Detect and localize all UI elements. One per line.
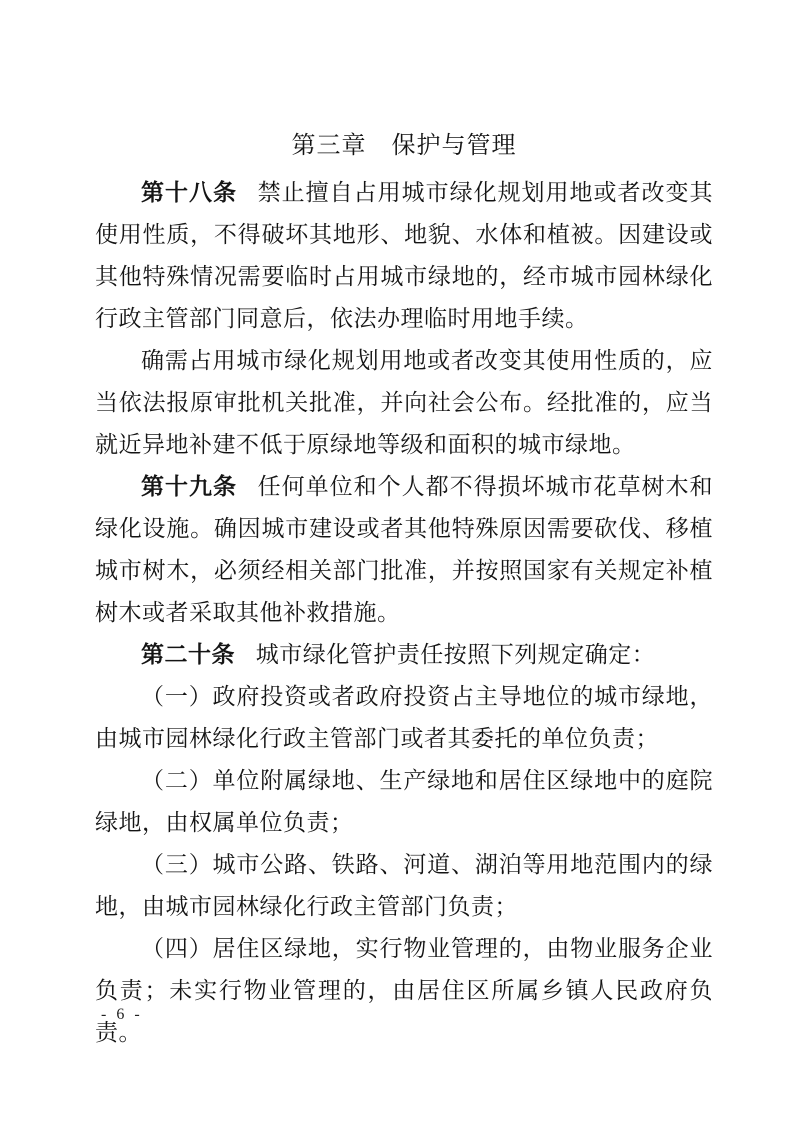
paragraph-item-1: （一）政府投资或者政府投资占主导地位的城市绿地，由城市园林绿化行政主管部门或者其… — [95, 675, 713, 759]
paragraph: 确需占用城市绿化规划用地或者改变其使用性质的，应当依法报原审批机关批准，并向社会… — [95, 339, 713, 465]
paragraph-article-20: 第二十条城市绿化管护责任按照下列规定确定： — [95, 633, 713, 675]
paragraph-text: （一）政府投资或者政府投资占主导地位的城市绿地，由城市园林绿化行政主管部门或者其… — [95, 683, 713, 751]
article-number: 第二十条 — [141, 641, 235, 667]
paragraph-text: （三）城市公路、铁路、河道、湖泊等用地范围内的绿地，由城市园林绿化行政主管部门负… — [95, 851, 713, 919]
page-number: - 6 - — [101, 1006, 143, 1024]
paragraph-article-18: 第十八条禁止擅自占用城市绿化规划用地或者改变其使用性质，不得破坏其地形、地貌、水… — [95, 171, 713, 339]
paragraph-item-3: （三）城市公路、铁路、河道、湖泊等用地范围内的绿地，由城市园林绿化行政主管部门负… — [95, 843, 713, 927]
document-content: 第三章 保护与管理 第十八条禁止擅自占用城市绿化规划用地或者改变其使用性质，不得… — [95, 124, 713, 1053]
document-page: 第三章 保护与管理 第十八条禁止擅自占用城市绿化规划用地或者改变其使用性质，不得… — [0, 0, 793, 1122]
chapter-heading: 第三章 保护与管理 — [95, 124, 713, 168]
article-number: 第十八条 — [141, 179, 237, 205]
paragraph-text: 城市绿化管护责任按照下列规定确定： — [256, 641, 656, 667]
paragraph-text: 确需占用城市绿化规划用地或者改变其使用性质的，应当依法报原审批机关批准，并向社会… — [95, 347, 713, 457]
paragraph-item-4: （四）居住区绿地，实行物业管理的，由物业服务企业负责；未实行物业管理的，由居住区… — [95, 927, 713, 1053]
paragraph-item-2: （二）单位附属绿地、生产绿地和居住区绿地中的庭院绿地，由权属单位负责； — [95, 759, 713, 843]
paragraph-article-19: 第十九条任何单位和个人都不得损坏城市花草树木和绿化设施。确因城市建设或者其他特殊… — [95, 465, 713, 633]
paragraph-text: （二）单位附属绿地、生产绿地和居住区绿地中的庭院绿地，由权属单位负责； — [95, 767, 713, 835]
article-number: 第十九条 — [141, 473, 237, 499]
paragraph-text: （四）居住区绿地，实行物业管理的，由物业服务企业负责；未实行物业管理的，由居住区… — [95, 935, 713, 1045]
